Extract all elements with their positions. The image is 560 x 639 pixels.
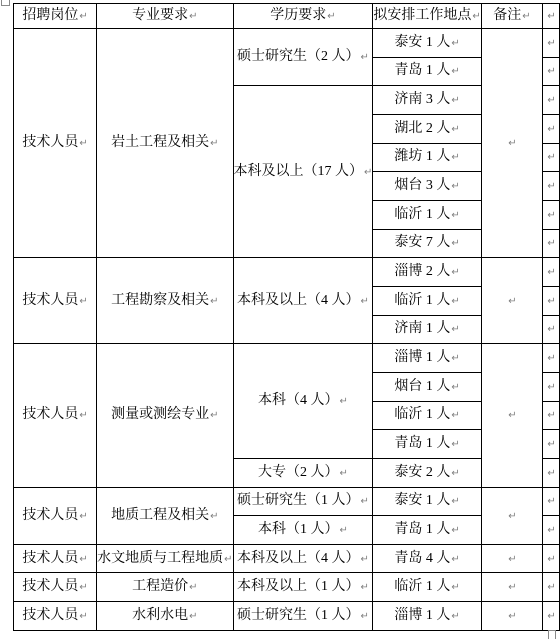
row-end-pilcrow: ↵	[543, 143, 560, 172]
header-label: 备注	[493, 8, 521, 23]
pilcrow-mark: ↵	[450, 124, 459, 135]
location-cell-label: 湖北 2 人	[394, 121, 450, 136]
pilcrow-mark: ↵	[450, 152, 459, 163]
remark-cell[interactable]: ↵	[481, 573, 542, 602]
education-cell-label: 本科及以上（1 人）	[237, 579, 360, 594]
pilcrow-mark: ↵	[450, 238, 459, 249]
row-end-pilcrow: ↵	[543, 544, 560, 573]
header-label: 学历要求	[270, 8, 326, 23]
position-cell-label: 技术人员	[22, 293, 78, 308]
location-cell-label: 临沂 1 人	[394, 407, 450, 422]
pilcrow-mark: ↵	[209, 410, 218, 421]
major-cell[interactable]: 工程勘察及相关↵	[97, 258, 233, 344]
table-row: 技术人员↵工程勘察及相关↵本科及以上（4 人）↵淄博 2 人↵↵↵	[14, 258, 560, 287]
location-cell-label: 青岛 1 人	[394, 522, 450, 537]
pilcrow-mark: ↵	[78, 410, 87, 421]
education-cell[interactable]: 硕士研究生（1 人）↵	[233, 487, 373, 516]
row-end-pilcrow: ↵	[543, 4, 560, 29]
location-cell-label: 淄博 1 人	[394, 608, 450, 623]
header-cell-location[interactable]: 拟安排工作地点↵	[373, 4, 481, 29]
remark-cell[interactable]: ↵	[481, 602, 542, 631]
pilcrow-mark: ↵	[450, 267, 459, 278]
education-cell-label: 硕士研究生（2 人）	[237, 49, 360, 64]
location-cell[interactable]: 青岛 1 人↵	[373, 516, 481, 545]
education-cell[interactable]: 本科（4 人）↵	[233, 344, 373, 459]
major-cell-label: 测量或测绘专业	[111, 407, 209, 422]
pilcrow-mark: ↵	[326, 11, 335, 22]
position-cell-label: 技术人员	[22, 608, 78, 623]
pilcrow-mark: ↵	[507, 554, 516, 565]
pilcrow-mark: ↵	[546, 267, 555, 278]
education-cell-label: 本科及以上（17 人）	[234, 164, 364, 179]
location-cell-label: 青岛 4 人	[394, 551, 450, 566]
location-cell-label: 泰安 1 人	[394, 493, 450, 508]
location-cell-label: 济南 1 人	[394, 321, 450, 336]
row-end-pilcrow: ↵	[543, 114, 560, 143]
location-cell-label: 青岛 1 人	[394, 436, 450, 451]
pilcrow-mark: ↵	[546, 38, 555, 49]
location-cell[interactable]: 泰安 7 人↵	[373, 229, 481, 258]
pilcrow-mark: ↵	[546, 382, 555, 393]
row-end-pilcrow: ↵	[543, 573, 560, 602]
pilcrow-mark: ↵	[450, 353, 459, 364]
pilcrow-mark: ↵	[450, 210, 459, 221]
pilcrow-mark: ↵	[450, 38, 459, 49]
pilcrow-mark: ↵	[450, 296, 459, 307]
pilcrow-mark: ↵	[546, 554, 555, 565]
location-cell-label: 烟台 3 人	[394, 178, 450, 193]
location-cell-label: 临沂 1 人	[394, 207, 450, 222]
position-cell[interactable]: 技术人员↵	[14, 344, 97, 487]
pilcrow-mark: ↵	[339, 468, 348, 479]
education-cell[interactable]: 硕士研究生（2 人）↵	[233, 29, 373, 86]
major-cell[interactable]: 岩土工程及相关↵	[97, 29, 233, 258]
education-cell-label: 本科（4 人）	[258, 393, 339, 408]
table-row: 技术人员↵测量或测绘专业↵本科（4 人）↵淄博 1 人↵↵↵	[14, 344, 560, 373]
major-cell[interactable]: 水文地质与工程地质↵	[97, 544, 233, 573]
education-cell[interactable]: 本科及以上（17 人）↵	[233, 86, 373, 258]
education-cell-label: 硕士研究生（1 人）	[237, 493, 360, 508]
table-row: 技术人员↵地质工程及相关↵硕士研究生（1 人）↵泰安 1 人↵↵↵	[14, 487, 560, 516]
location-cell-label: 泰安 1 人	[394, 35, 450, 50]
education-cell[interactable]: 大专（2 人）↵	[233, 458, 373, 487]
pilcrow-mark: ↵	[471, 11, 480, 22]
position-cell-label: 技术人员	[22, 579, 78, 594]
location-cell-label: 潍坊 1 人	[394, 149, 450, 164]
pilcrow-mark: ↵	[450, 324, 459, 335]
pilcrow-mark: ↵	[546, 181, 555, 192]
pilcrow-mark: ↵	[223, 554, 232, 565]
position-cell-label: 技术人员	[22, 551, 78, 566]
header-cell-education[interactable]: 学历要求↵	[233, 4, 373, 29]
pilcrow-mark: ↵	[360, 296, 369, 307]
education-cell-label: 本科（1 人）	[258, 522, 339, 537]
pilcrow-mark: ↵	[450, 382, 459, 393]
pilcrow-mark: ↵	[360, 554, 369, 565]
education-cell[interactable]: 本科及以上（4 人）↵	[233, 258, 373, 344]
location-cell[interactable]: 临沂 1 人↵	[373, 573, 481, 602]
pilcrow-mark: ↵	[450, 525, 459, 536]
table-header: 招聘岗位↵ 专业要求↵ 学历要求↵ 拟安排工作地点↵ 备注↵ ↵	[14, 4, 560, 29]
position-cell[interactable]: 技术人员↵	[14, 602, 97, 631]
pilcrow-mark: ↵	[546, 496, 555, 507]
row-end-pilcrow: ↵	[543, 172, 560, 201]
row-end-pilcrow: ↵	[543, 516, 560, 545]
position-cell[interactable]: 技术人员↵	[14, 258, 97, 344]
pilcrow-mark: ↵	[339, 525, 348, 536]
pilcrow-mark: ↵	[546, 66, 555, 77]
table-move-handle[interactable]	[1, 0, 10, 6]
pilcrow-mark: ↵	[546, 11, 555, 22]
pilcrow-mark: ↵	[546, 152, 555, 163]
major-cell-label: 水利水电	[132, 608, 188, 623]
position-cell-label: 技术人员	[22, 407, 78, 422]
header-label: 专业要求	[132, 8, 188, 23]
location-cell-label: 淄博 1 人	[394, 350, 450, 365]
position-cell[interactable]: 技术人员↵	[14, 487, 97, 544]
pilcrow-mark: ↵	[546, 582, 555, 593]
pilcrow-mark: ↵	[521, 11, 530, 22]
pilcrow-mark: ↵	[546, 210, 555, 221]
header-cell-remark[interactable]: 备注↵	[481, 4, 542, 29]
location-cell-label: 淄博 2 人	[394, 264, 450, 279]
major-cell[interactable]: 工程造价↵	[97, 573, 233, 602]
major-cell[interactable]: 水利水电↵	[97, 602, 233, 631]
pilcrow-mark: ↵	[450, 439, 459, 450]
location-cell[interactable]: 淄博 2 人↵	[373, 258, 481, 287]
location-cell[interactable]: 淄博 1 人↵	[373, 344, 481, 373]
education-cell[interactable]: 硕士研究生（1 人）↵	[233, 602, 373, 631]
table-row: 技术人员↵工程造价↵本科及以上（1 人）↵临沂 1 人↵↵↵	[14, 573, 560, 602]
location-cell-label: 泰安 2 人	[394, 465, 450, 480]
row-end-pilcrow: ↵	[543, 602, 560, 631]
pilcrow-mark: ↵	[507, 511, 516, 522]
pilcrow-mark: ↵	[78, 138, 87, 149]
pilcrow-mark: ↵	[507, 611, 516, 622]
location-cell[interactable]: 泰安 2 人↵	[373, 458, 481, 487]
row-end-pilcrow: ↵	[543, 258, 560, 287]
header-label: 招聘岗位	[22, 8, 78, 23]
row-end-pilcrow: ↵	[543, 487, 560, 516]
major-cell-label: 地质工程及相关	[111, 508, 209, 523]
location-cell-label: 泰安 7 人	[394, 235, 450, 250]
pilcrow-mark: ↵	[546, 296, 555, 307]
pilcrow-mark: ↵	[78, 554, 87, 565]
location-cell-label: 青岛 1 人	[394, 63, 450, 78]
education-cell-label: 大专（2 人）	[258, 465, 339, 480]
row-end-pilcrow: ↵	[543, 86, 560, 115]
pilcrow-mark: ↵	[209, 511, 218, 522]
row-end-pilcrow: ↵	[543, 200, 560, 229]
table-row: 技术人员↵岩土工程及相关↵硕士研究生（2 人）↵泰安 1 人↵↵↵	[14, 29, 560, 58]
pilcrow-mark: ↵	[209, 138, 218, 149]
location-cell[interactable]: 泰安 1 人↵	[373, 487, 481, 516]
pilcrow-mark: ↵	[450, 410, 459, 421]
pilcrow-mark: ↵	[78, 11, 87, 22]
pilcrow-mark: ↵	[360, 496, 369, 507]
location-cell[interactable]: 临沂 1 人↵	[373, 401, 481, 430]
row-end-pilcrow: ↵	[543, 458, 560, 487]
location-cell[interactable]: 潍坊 1 人↵	[373, 143, 481, 172]
pilcrow-mark: ↵	[363, 167, 372, 178]
table-row: 技术人员↵水文地质与工程地质↵本科及以上（4 人）↵青岛 4 人↵↵↵	[14, 544, 560, 573]
education-cell[interactable]: 本科（1 人）↵	[233, 516, 373, 545]
major-cell-label: 工程勘察及相关	[111, 293, 209, 308]
pilcrow-mark: ↵	[546, 353, 555, 364]
education-cell-label: 硕士研究生（1 人）	[237, 608, 360, 623]
location-cell[interactable]: 青岛 1 人↵	[373, 430, 481, 459]
pilcrow-mark: ↵	[78, 296, 87, 307]
row-end-pilcrow: ↵	[543, 430, 560, 459]
education-cell-label: 本科及以上（4 人）	[237, 293, 360, 308]
header-cell-major[interactable]: 专业要求↵	[97, 4, 233, 29]
row-end-pilcrow: ↵	[543, 401, 560, 430]
pilcrow-mark: ↵	[450, 66, 459, 77]
table-row: 技术人员↵水利水电↵硕士研究生（1 人）↵淄博 1 人↵↵↵	[14, 602, 560, 631]
major-cell[interactable]: 测量或测绘专业↵	[97, 344, 233, 487]
pilcrow-mark: ↵	[546, 410, 555, 421]
major-cell-label: 岩土工程及相关	[111, 135, 209, 150]
row-end-pilcrow: ↵	[543, 286, 560, 315]
pilcrow-mark: ↵	[546, 611, 555, 622]
position-cell[interactable]: 技术人员↵	[14, 544, 97, 573]
row-end-pilcrow: ↵	[543, 29, 560, 58]
pilcrow-mark: ↵	[360, 52, 369, 63]
major-cell-label: 工程造价	[132, 579, 188, 594]
location-cell[interactable]: 济南 1 人↵	[373, 315, 481, 344]
pilcrow-mark: ↵	[450, 181, 459, 192]
pilcrow-mark: ↵	[188, 611, 197, 622]
end-of-document-mark	[548, 630, 556, 639]
pilcrow-mark: ↵	[78, 611, 87, 622]
location-cell[interactable]: 临沂 1 人↵	[373, 286, 481, 315]
pilcrow-mark: ↵	[546, 468, 555, 479]
remark-cell[interactable]: ↵	[481, 258, 542, 344]
pilcrow-mark: ↵	[78, 511, 87, 522]
education-cell[interactable]: 本科及以上（1 人）↵	[233, 573, 373, 602]
location-cell[interactable]: 淄博 1 人↵	[373, 602, 481, 631]
location-cell-label: 烟台 1 人	[394, 379, 450, 394]
table-body: 技术人员↵岩土工程及相关↵硕士研究生（2 人）↵泰安 1 人↵↵↵青岛 1 人↵…	[14, 29, 560, 631]
education-cell[interactable]: 本科及以上（4 人）↵	[233, 544, 373, 573]
remark-cell[interactable]: ↵	[481, 544, 542, 573]
position-cell[interactable]: 技术人员↵	[14, 29, 97, 258]
location-cell[interactable]: 烟台 1 人↵	[373, 372, 481, 401]
position-cell-label: 技术人员	[22, 508, 78, 523]
location-cell[interactable]: 济南 3 人↵	[373, 86, 481, 115]
pilcrow-mark: ↵	[360, 611, 369, 622]
row-end-pilcrow: ↵	[543, 229, 560, 258]
pilcrow-mark: ↵	[188, 582, 197, 593]
major-cell-label: 水文地质与工程地质	[97, 551, 223, 566]
remark-cell[interactable]: ↵	[481, 344, 542, 487]
pilcrow-mark: ↵	[450, 496, 459, 507]
pilcrow-mark: ↵	[546, 525, 555, 536]
header-cell-position[interactable]: 招聘岗位↵	[14, 4, 97, 29]
row-end-pilcrow: ↵	[543, 315, 560, 344]
pilcrow-mark: ↵	[450, 611, 459, 622]
location-cell[interactable]: 青岛 1 人↵	[373, 57, 481, 86]
pilcrow-mark: ↵	[507, 410, 516, 421]
pilcrow-mark: ↵	[507, 138, 516, 149]
pilcrow-mark: ↵	[546, 124, 555, 135]
row-end-pilcrow: ↵	[543, 344, 560, 373]
position-cell-label: 技术人员	[22, 135, 78, 150]
location-cell[interactable]: 临沂 1 人↵	[373, 200, 481, 229]
location-cell-label: 临沂 1 人	[394, 579, 450, 594]
row-end-pilcrow: ↵	[543, 57, 560, 86]
pilcrow-mark: ↵	[209, 296, 218, 307]
location-cell[interactable]: 青岛 4 人↵	[373, 544, 481, 573]
location-cell-label: 济南 3 人	[394, 92, 450, 107]
pilcrow-mark: ↵	[546, 324, 555, 335]
position-cell[interactable]: 技术人员↵	[14, 573, 97, 602]
pilcrow-mark: ↵	[507, 296, 516, 307]
education-cell-label: 本科及以上（4 人）	[237, 551, 360, 566]
major-cell[interactable]: 地质工程及相关↵	[97, 487, 233, 544]
pilcrow-mark: ↵	[450, 582, 459, 593]
location-cell-label: 临沂 1 人	[394, 293, 450, 308]
pilcrow-mark: ↵	[507, 582, 516, 593]
location-cell[interactable]: 烟台 3 人↵	[373, 172, 481, 201]
pilcrow-mark: ↵	[188, 11, 197, 22]
pilcrow-mark: ↵	[78, 582, 87, 593]
location-cell[interactable]: 湖北 2 人↵	[373, 114, 481, 143]
pilcrow-mark: ↵	[450, 95, 459, 106]
pilcrow-mark: ↵	[546, 238, 555, 249]
recruitment-table: 招聘岗位↵ 专业要求↵ 学历要求↵ 拟安排工作地点↵ 备注↵ ↵ 技术人员↵岩土…	[13, 3, 560, 631]
remark-cell[interactable]: ↵	[481, 487, 542, 544]
pilcrow-mark: ↵	[450, 554, 459, 565]
row-end-pilcrow: ↵	[543, 372, 560, 401]
pilcrow-mark: ↵	[546, 439, 555, 450]
remark-cell[interactable]: ↵	[481, 29, 542, 258]
pilcrow-mark: ↵	[546, 95, 555, 106]
header-row: 招聘岗位↵ 专业要求↵ 学历要求↵ 拟安排工作地点↵ 备注↵ ↵	[14, 4, 560, 29]
pilcrow-mark: ↵	[450, 468, 459, 479]
pilcrow-mark: ↵	[360, 582, 369, 593]
location-cell[interactable]: 泰安 1 人↵	[373, 29, 481, 58]
pilcrow-mark: ↵	[339, 396, 348, 407]
header-label: 拟安排工作地点	[373, 8, 471, 23]
